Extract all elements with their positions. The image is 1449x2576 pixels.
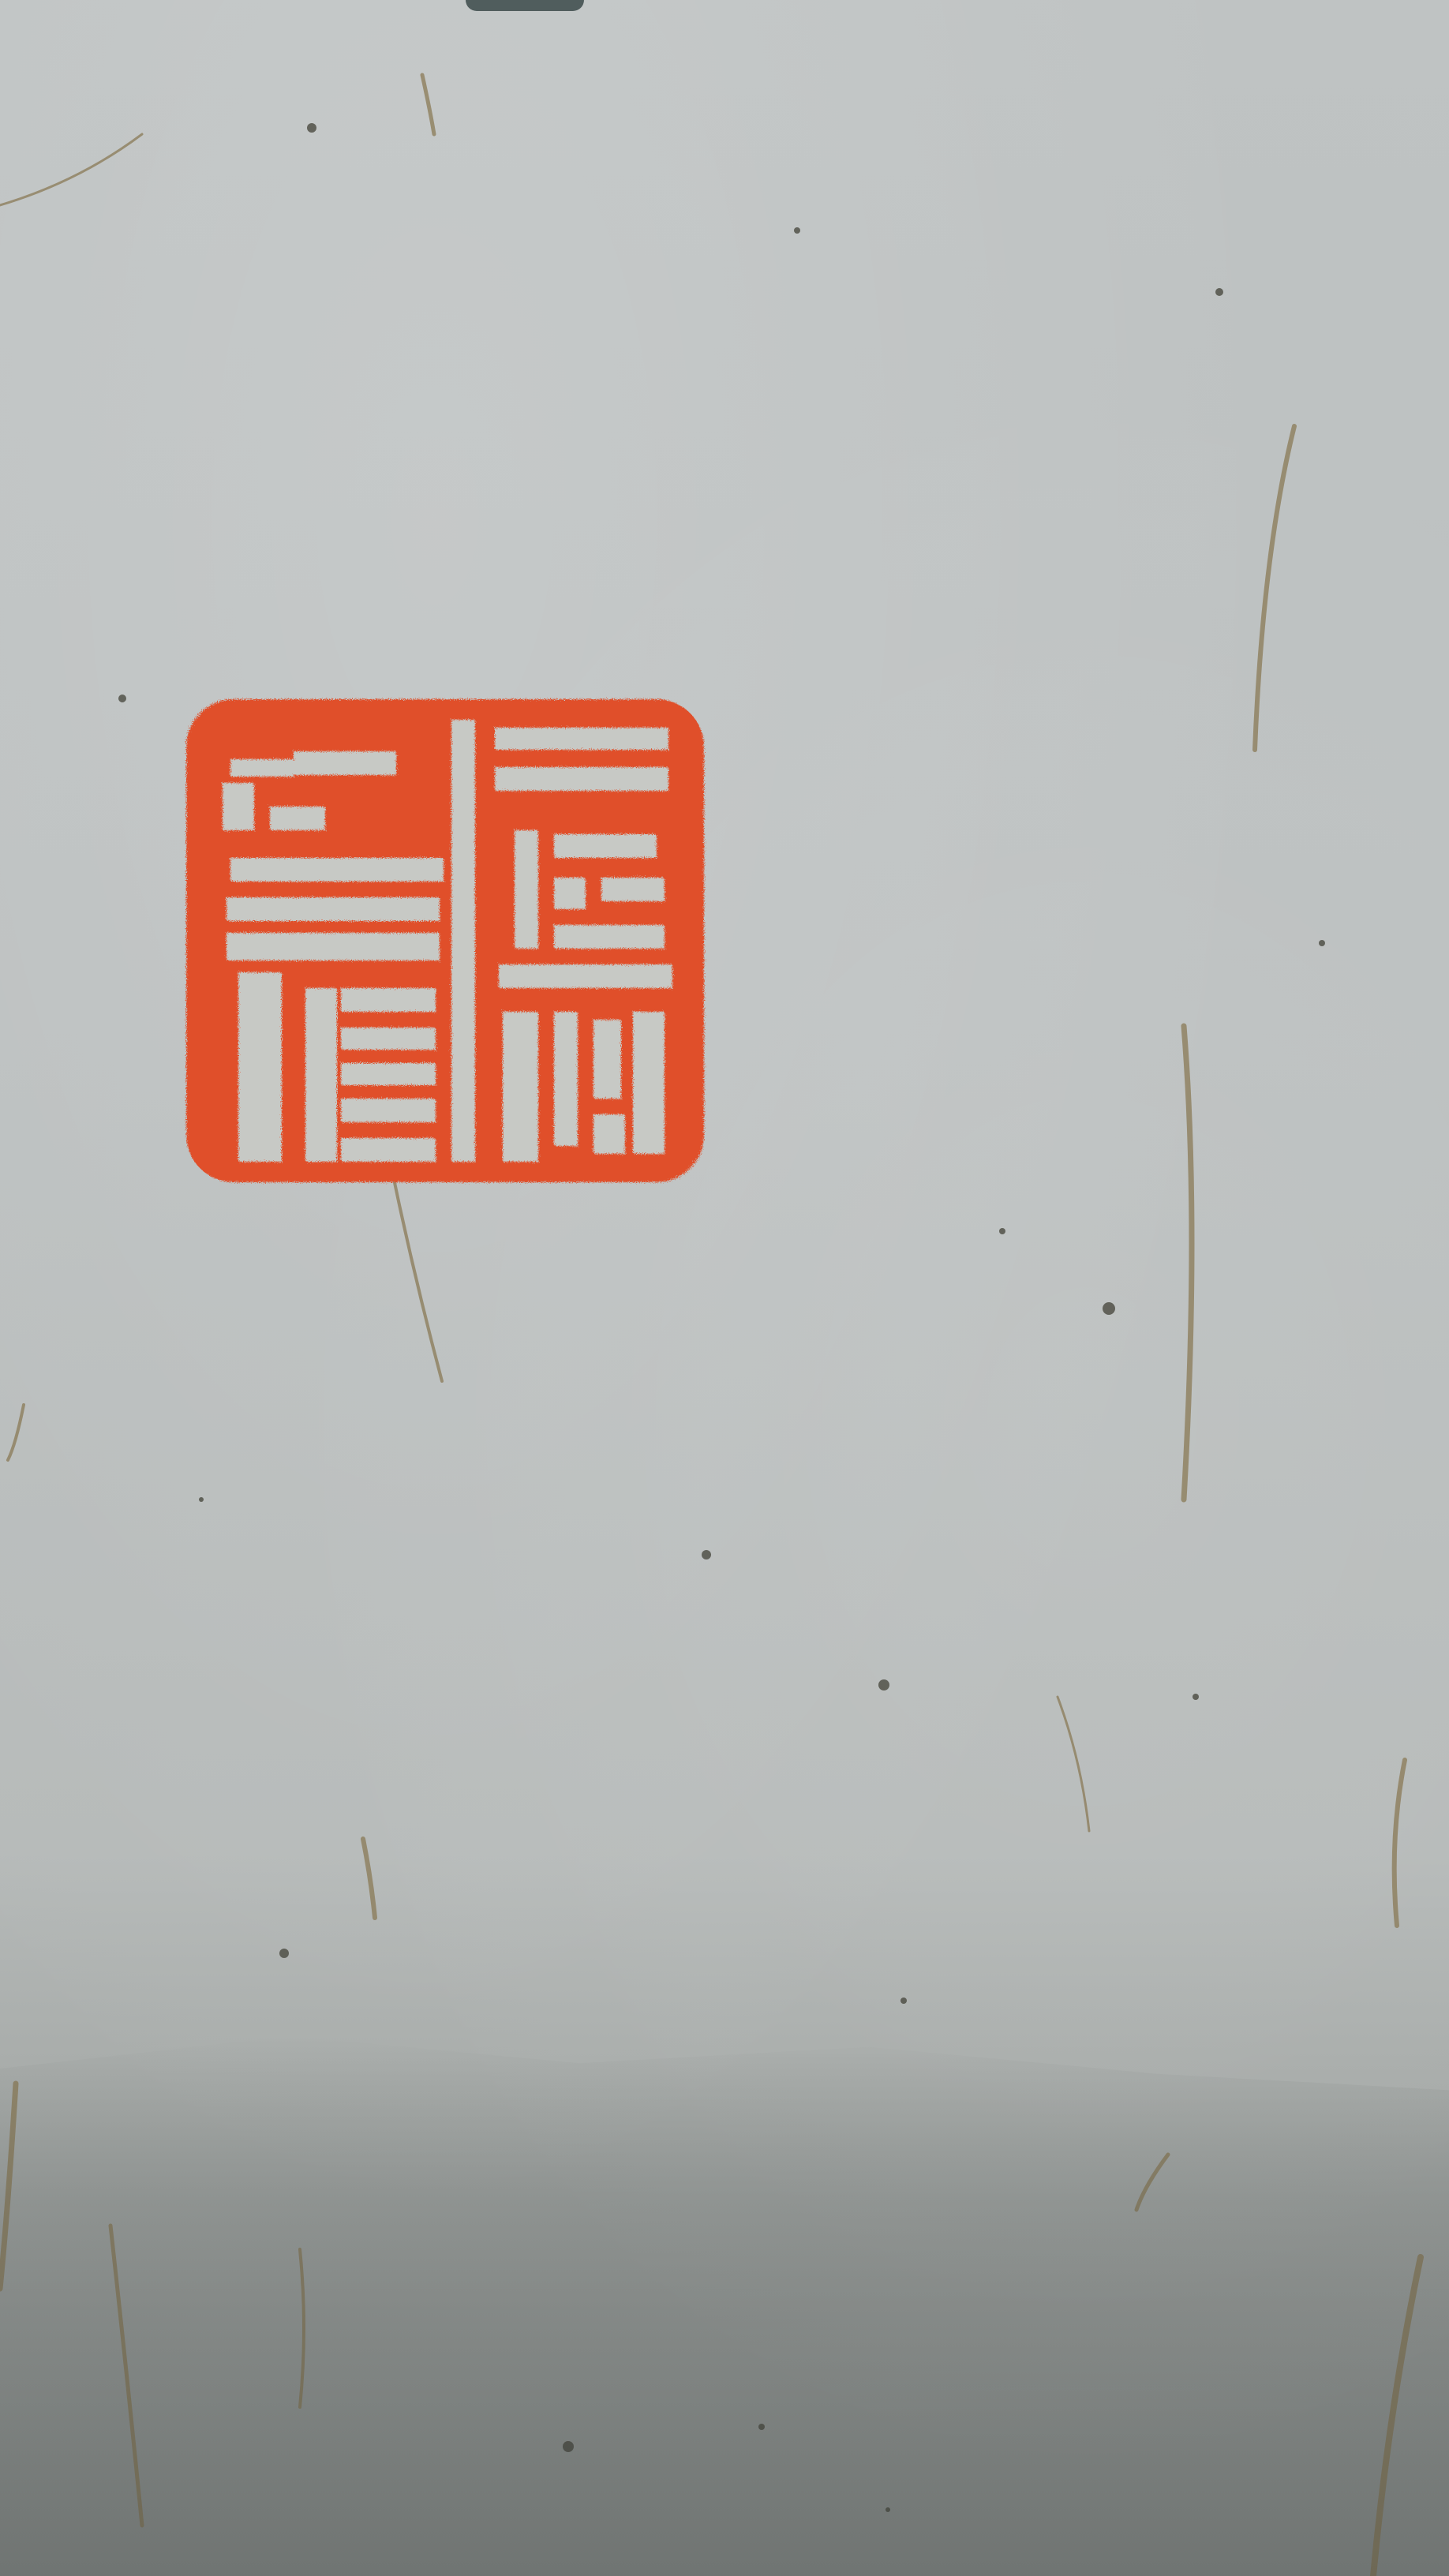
seal-impression: [183, 696, 707, 1185]
bottom-shadow: [0, 2036, 1449, 2576]
seal-stamp: [183, 696, 707, 1185]
